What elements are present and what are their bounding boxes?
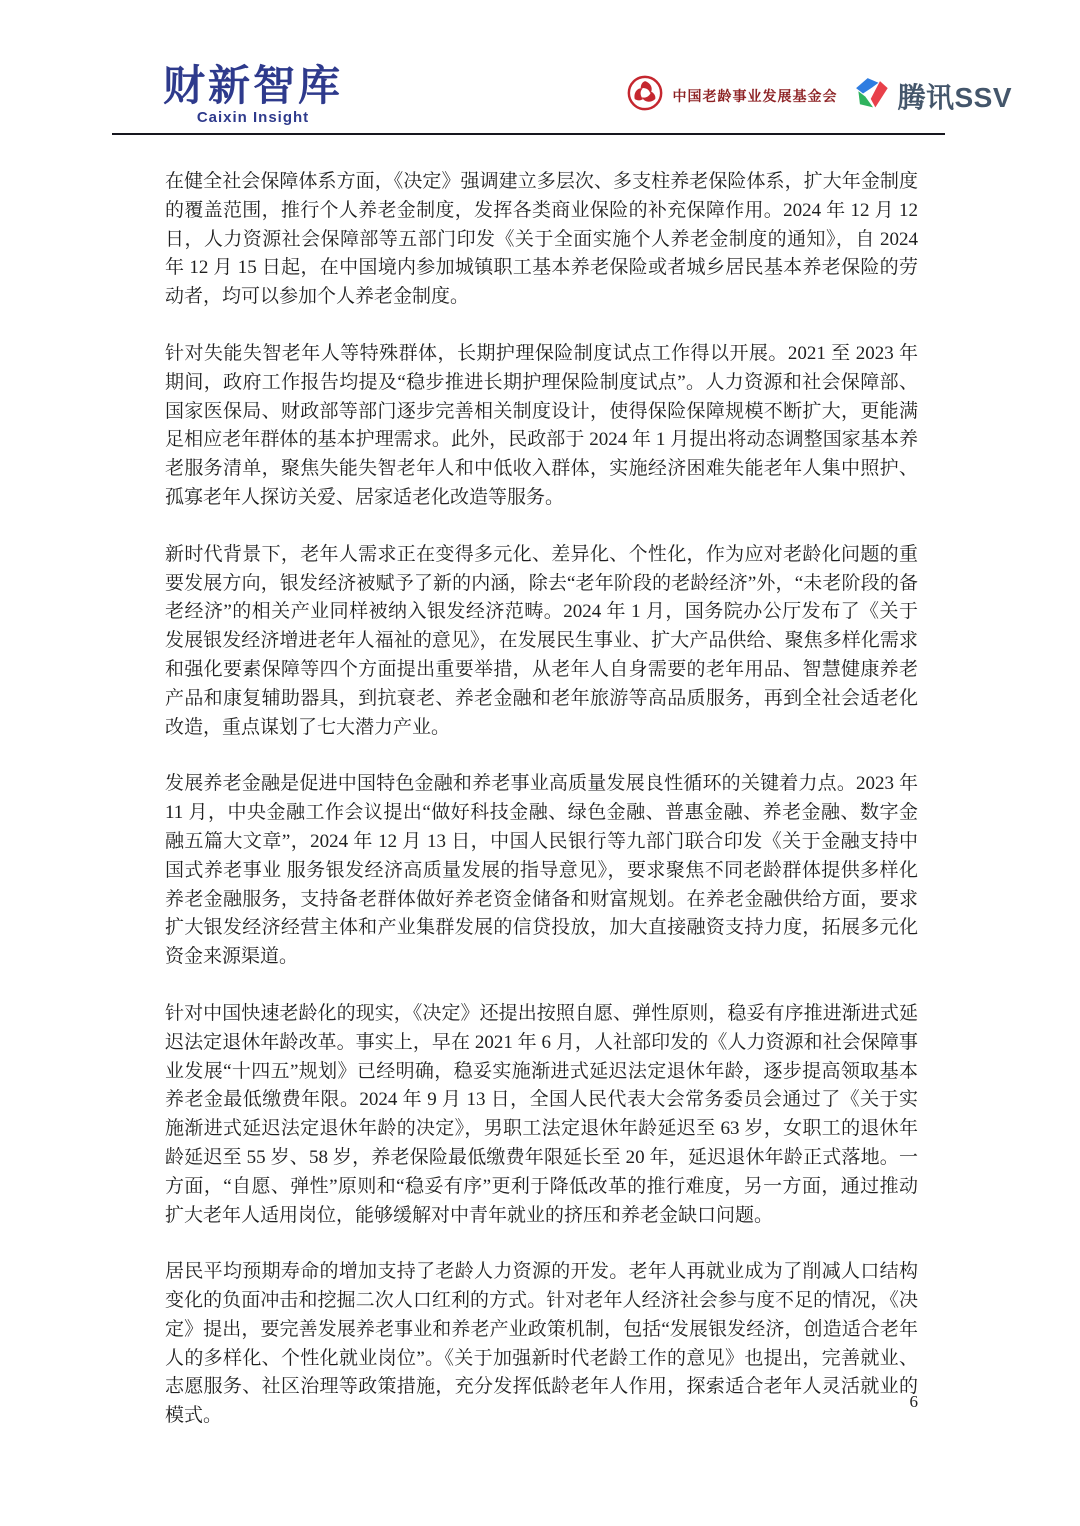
tencent-ssv-logo: 腾讯SSV (853, 75, 1012, 117)
foundation-logo-label: 中国老龄事业发展基金会 (672, 86, 837, 106)
paragraph-elderly-employment: 居民平均预期寿命的增加支持了老龄人力资源的开发。老年人再就业成为了削减人口结构变… (165, 1258, 918, 1431)
paragraph-longterm-care-insurance: 针对失能失智老年人等特殊群体，长期护理保险制度试点工作得以开展。2021 至 2… (165, 340, 918, 513)
caixin-insight-logo: 财新智库 Caixin Insight (163, 64, 343, 126)
caixin-logo-en-text: Caixin Insight (163, 109, 343, 126)
header-partner-logos: 中国老龄事业发展基金会 腾讯SSV (626, 74, 1012, 117)
page-number: 6 (910, 1392, 919, 1412)
paragraph-social-security: 在健全社会保障体系方面，《决定》强调建立多层次、多支柱养老保险体系，扩大年金制度… (165, 168, 918, 312)
foundation-emblem-icon (626, 74, 664, 117)
paragraph-silver-economy: 新时代背景下，老年人需求正在变得多元化、差异化、个性化，作为应对老龄化问题的重要… (165, 541, 918, 743)
tencent-ssv-icon (853, 75, 890, 117)
header-divider (112, 133, 945, 135)
caixin-logo-cn-text: 财新智库 (163, 64, 343, 108)
paragraph-retirement-age-reform: 针对中国快速老龄化的现实，《决定》还提出按照自愿、弹性原则，稳妥有序推进渐进式延… (165, 1000, 918, 1230)
document-body: 在健全社会保障体系方面，《决定》强调建立多层次、多支柱养老保险体系，扩大年金制度… (165, 168, 918, 1431)
document-page: 财新智库 Caixin Insight 中国老龄事业发展基金会 (0, 0, 1080, 1526)
tencent-ssv-label: 腾讯SSV (897, 76, 1012, 116)
china-aging-foundation-logo: 中国老龄事业发展基金会 (626, 74, 837, 117)
paragraph-pension-finance: 发展养老金融是促进中国特色金融和养老事业高质量发展良性循环的关键着力点。2023… (165, 770, 918, 972)
